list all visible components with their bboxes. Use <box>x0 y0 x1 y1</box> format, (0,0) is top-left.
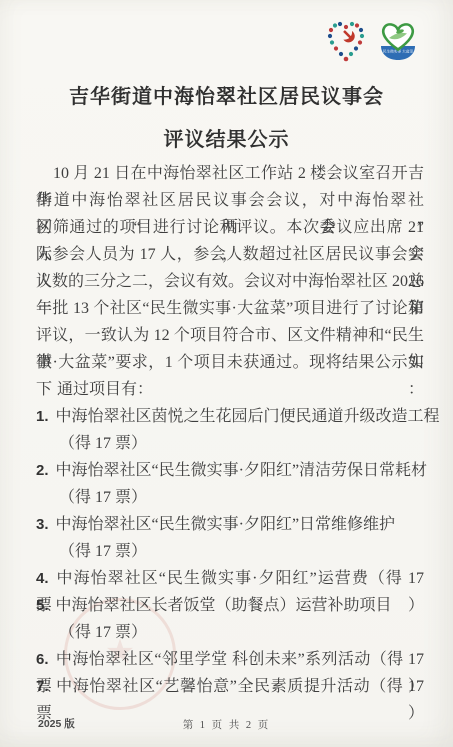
paragraph-line: 际参会人员为 17 人，参会人数超过社区居民议事会会议总 <box>36 241 424 268</box>
paragraph-line: 一批 13 个社区“民生微实事·大盆菜”项目进行了讨论和 <box>36 295 424 322</box>
paragraph-line: 人数的三分之二，会议有效。会议对中海怡翠社区 2026 年第 <box>36 268 424 295</box>
header-logos: 民生微实事 大盆菜 <box>325 18 425 68</box>
paragraph-line: 10 月 21 日在中海怡翠社区工作站 2 楼会议室召开吉华 <box>36 160 424 187</box>
dapencai-heart-hand-icon: 民生微实事 大盆菜 <box>377 18 419 64</box>
list-item: 5.中海怡翠社区长者饭堂（助餐点）运营补助项目 <box>36 592 424 619</box>
list-item: 1.中海怡翠社区茵悦之生花园后门便民通道升级改造工程 <box>36 403 424 430</box>
list-item-number: 4. <box>36 570 49 587</box>
paragraph-line: 初筛通过的项目进行讨论和评议。本次会议应出席 21 人，实 <box>36 214 424 241</box>
document-page: 民生微实事 大盆菜 吉华街道中海怡翠社区居民议事会 评议结果公示 10 月 21… <box>0 0 453 747</box>
footer-page-number: 第 1 页 共 2 页 <box>0 717 453 732</box>
list-item-votes: （得 17 票） <box>36 619 424 646</box>
list-item: 3.中海怡翠社区“民生微实事·夕阳红”日常维修维护 <box>36 511 424 538</box>
list-item-votes: （得 17 票） <box>36 430 424 457</box>
paragraph-line: 事·大盆菜”要求，1 个项目未获通过。现将结果公示如下： <box>36 349 424 376</box>
list-item-number: 7. <box>36 678 49 695</box>
list-item-number: 6. <box>36 651 49 668</box>
list-item-text: 中海怡翠社区“邻里学堂 科创未来”系列活动 <box>56 651 371 668</box>
doc-title-line2: 评议结果公示 <box>0 123 453 152</box>
list-item-text: 中海怡翠社区茵悦之生花园后门便民通道升级改造工程 <box>56 408 440 425</box>
list-item-number: 3. <box>36 516 49 533</box>
party-emblem-people-heart-icon <box>325 18 367 66</box>
list-item-number: 5. <box>36 597 49 614</box>
list-item-text: 中海怡翠社区“民生微实事·夕阳红”运营费 <box>56 570 369 587</box>
paragraph-line: 街道中海怡翠社区居民议事会会议，对中海怡翠社区“两委” <box>36 187 424 214</box>
list-item-votes: （得 17 票） <box>36 484 424 511</box>
list-item: 2.中海怡翠社区“民生微实事·夕阳红”清洁劳保日常耗材 <box>36 457 424 484</box>
document-body: 10 月 21 日在中海怡翠社区工作站 2 楼会议室召开吉华 街道中海怡翠社区居… <box>36 160 424 700</box>
list-item-text: 中海怡翠社区长者饭堂（助餐点）运营补助项目 <box>56 597 392 614</box>
list-item: 6.中海怡翠社区“邻里学堂 科创未来”系列活动（得 17 票） <box>36 646 424 673</box>
doc-title-line1: 吉华街道中海怡翠社区居民议事会 <box>0 80 453 109</box>
list-item-number: 1. <box>36 408 49 425</box>
list-item-number: 2. <box>36 462 49 479</box>
hammer-sickle-emblem <box>343 30 355 42</box>
list-item-text: 中海怡翠社区“民生微实事·夕阳红”日常维修维护 <box>56 516 396 533</box>
list-item: 4.中海怡翠社区“民生微实事·夕阳红”运营费（得 17 票） <box>36 565 424 592</box>
list-item-text: 中海怡翠社区“民生微实事·夕阳红”清洁劳保日常耗材 <box>56 462 428 479</box>
list-item-text: 中海怡翠社区“艺馨怡意”全民素质提升活动 <box>56 678 371 695</box>
paragraph-line: 评议，一致认为 12 个项目符合市、区文件精神和“民生微实 <box>36 322 424 349</box>
list-item-votes: （得 17 票） <box>36 538 424 565</box>
list-item: 7.中海怡翠社区“艺馨怡意”全民素质提升活动（得 17 票） <box>36 673 424 700</box>
